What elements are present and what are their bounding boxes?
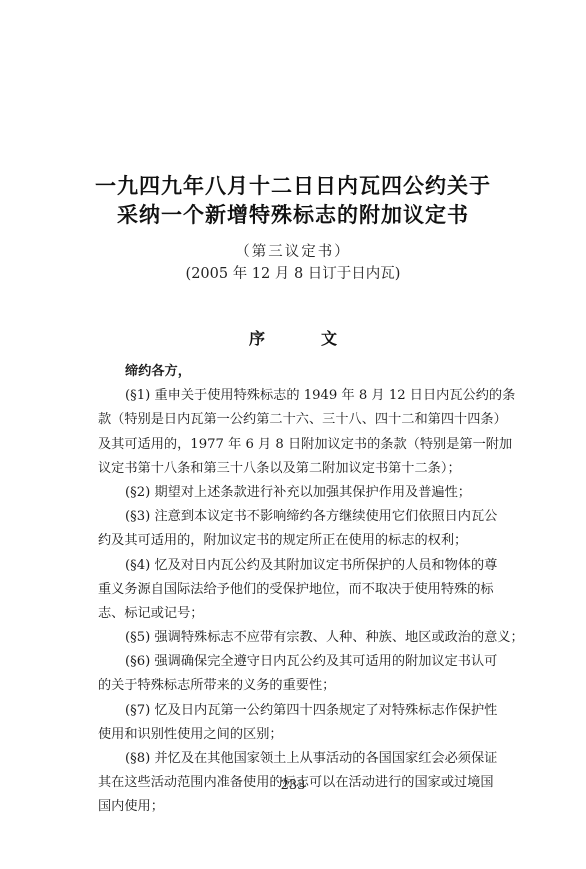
paragraph-line: 款（特别是日内瓦第一公约第二十六、三十八、四十二和第四十四条） [98,408,496,432]
paragraph-line: 约及其可适用的，附加议定书的规定所正在使用的标志的权利； [98,529,496,553]
paragraph-1: (§1) 重申关于使用特殊标志的 1949 年 8 月 12 日日内瓦公约的条 … [98,384,496,481]
paragraph-line: (§6) 强调确保完全遵守日内瓦公约及其可适用的附加议定书认可 [98,650,496,674]
paragraph-line: (§3) 注意到本议定书不影响缔约各方继续使用它们依照日内瓦公 [98,505,496,529]
paragraph-line: (§1) 重申关于使用特殊标志的 1949 年 8 月 12 日日内瓦公约的条 [98,384,496,408]
paragraph-line: (§7) 忆及日内瓦第一公约第四十四条规定了对特殊标志作保护性 [98,699,496,723]
paragraph-line: 及其可适用的，1977 年 6 月 8 日附加议定书的条款（特别是第一附加 [98,433,496,457]
paragraph-line: (§5) 强调特殊标志不应带有宗教、人种、种族、地区或政治的意义； [98,626,496,650]
paragraph-6: (§6) 强调确保完全遵守日内瓦公约及其可适用的附加议定书认可 的关于特殊标志所… [98,650,496,698]
paragraph-line: 使用和识别性使用之间的区别； [98,723,496,747]
paragraph-5: (§5) 强调特殊标志不应带有宗教、人种、种族、地区或政治的意义； [98,626,496,650]
document-date-line: (2005 年 12 月 8 日订于日内瓦) [0,262,586,283]
page-number: 233 [0,778,586,793]
section-heading-preamble: 序文 [0,326,586,349]
document-title-line-1: 一九四九年八月十二日日内瓦四公约关于 [0,170,586,200]
paragraph-line: (§2) 期望对上述条款进行补充以加强其保护作用及普遍性； [98,481,496,505]
paragraph-line: (§8) 并忆及在其他国家领土上从事活动的各国国家红会必须保证 [98,747,496,771]
paragraph-line: (§4) 忆及对日内瓦公约及其附加议定书所保护的人员和物体的尊 [98,554,496,578]
paragraph-line: 国内使用； [98,795,496,819]
section-heading-char-2: 文 [321,326,337,349]
paragraph-4: (§4) 忆及对日内瓦公约及其附加议定书所保护的人员和物体的尊 重义务源自国际法… [98,554,496,627]
opening-phrase: 缔约各方， [98,360,496,384]
paragraph-line: 议定书第十八条和第三十八条以及第二附加议定书第十二条）； [98,457,496,481]
paragraph-line: 志、标记或记号； [98,602,496,626]
section-heading-char-1: 序 [249,326,265,349]
preamble-body: 缔约各方， (§1) 重申关于使用特殊标志的 1949 年 8 月 12 日日内… [98,360,496,820]
document-subtitle: （第三议定书） [0,240,586,261]
paragraph-line: 的关于特殊标志所带来的义务的重要性； [98,674,496,698]
paragraph-7: (§7) 忆及日内瓦第一公约第四十四条规定了对特殊标志作保护性 使用和识别性使用… [98,699,496,747]
document-page: 一九四九年八月十二日日内瓦四公约关于 采纳一个新增特殊标志的附加议定书 （第三议… [0,0,586,869]
document-title-line-2: 采纳一个新增特殊标志的附加议定书 [0,199,586,229]
paragraph-2: (§2) 期望对上述条款进行补充以加强其保护作用及普遍性； [98,481,496,505]
paragraph-3: (§3) 注意到本议定书不影响缔约各方继续使用它们依照日内瓦公 约及其可适用的，… [98,505,496,553]
paragraph-line: 重义务源自国际法给予他们的受保护地位，而不取决于使用特殊的标 [98,578,496,602]
